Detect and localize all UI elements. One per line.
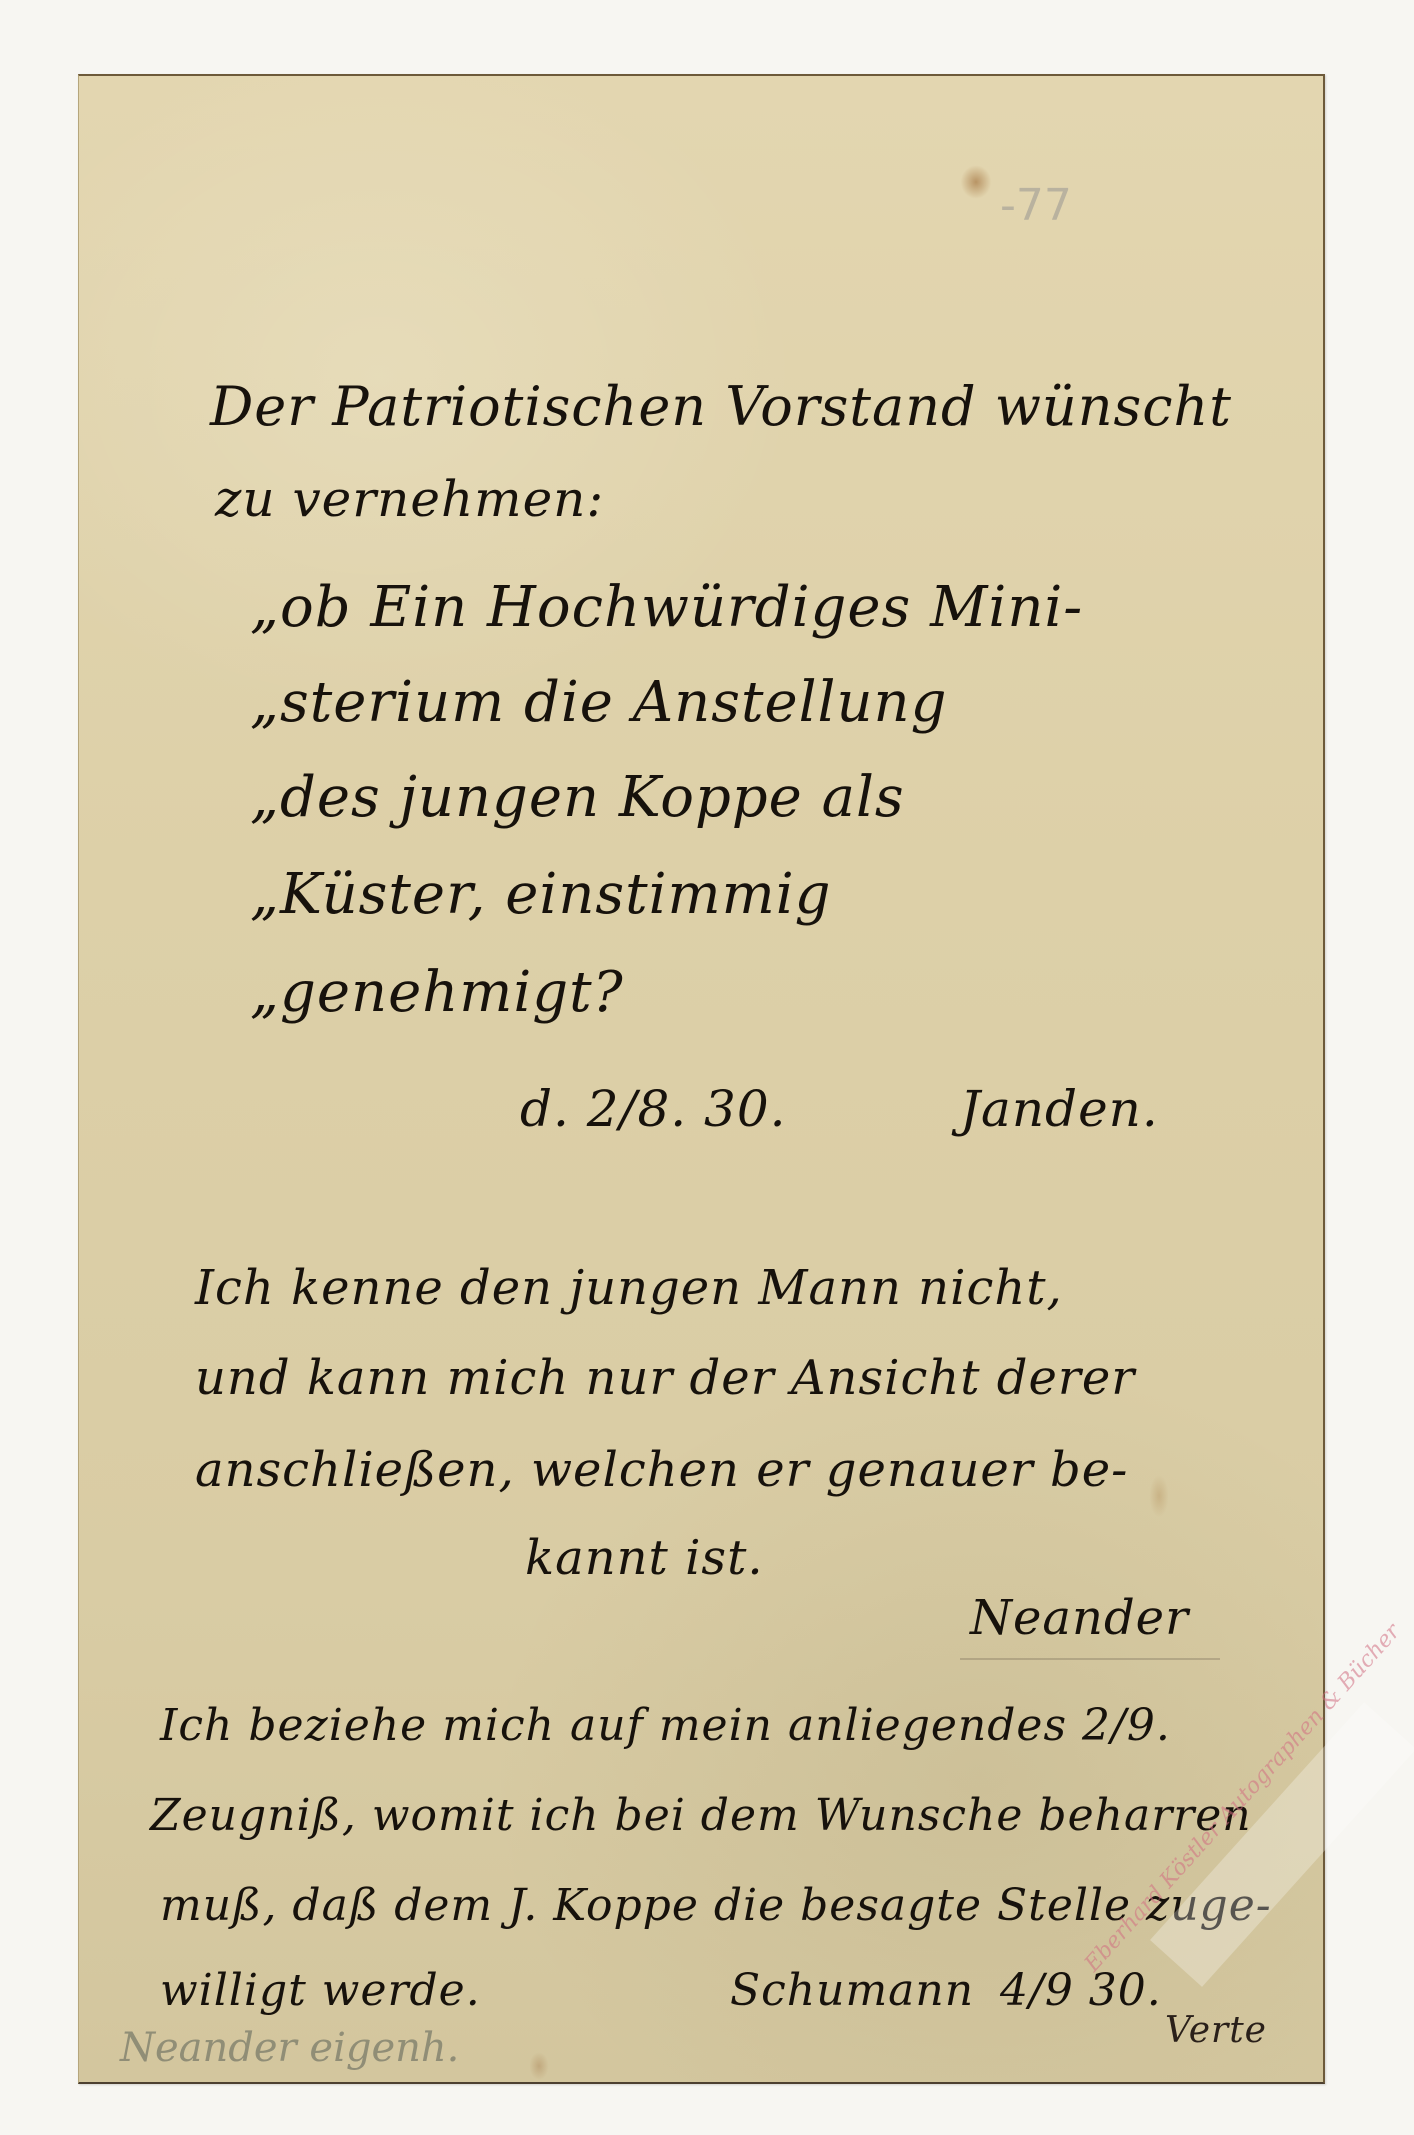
handwritten-line: „ob Ein Hochwürdiges Mini- [250,575,1083,640]
handwritten-line: Der Patriotischen Vorstand wünscht [210,375,1232,438]
handwritten-line: Ich kenne den jungen Mann nicht, [195,1260,1063,1316]
date: d. 2/8. 30. [520,1080,787,1138]
pencil-archive-number: -77 [1000,180,1072,231]
signature-janden: Janden. [960,1080,1159,1138]
handwritten-line: Ich beziehe mich auf mein anliegendes 2/… [160,1700,1171,1751]
handwritten-line: „des jungen Koppe als [250,765,905,830]
signature-schumann: Schumann [730,1965,974,2016]
pencil-attribution-note: Neander eigenh. [120,2025,459,2071]
handwritten-line: muß, daß dem J. Koppe die besagte Stelle… [160,1880,1272,1931]
handwritten-line: „genehmigt? [250,960,624,1025]
handwritten-line: kannt ist. [525,1530,764,1586]
handwritten-line: „sterium die Anstellung [250,670,947,735]
signature-neander: Neander [970,1590,1189,1646]
handwritten-line: und kann mich nur der Ansicht derer [195,1350,1135,1406]
handwritten-line: willigt werde. [160,1965,481,2016]
handwritten-line: Zeugniß, womit ich bei dem Wunsche behar… [150,1790,1252,1841]
divider-line [960,1658,1220,1660]
date: 4/9 30. [1000,1965,1162,2016]
verte-note: Verte [1165,2010,1267,2051]
handwritten-line: anschließen, welchen er genauer be- [195,1442,1128,1498]
handwritten-line: zu vernehmen: [215,470,604,528]
handwritten-line: „Küster, einstimmig [250,862,832,927]
